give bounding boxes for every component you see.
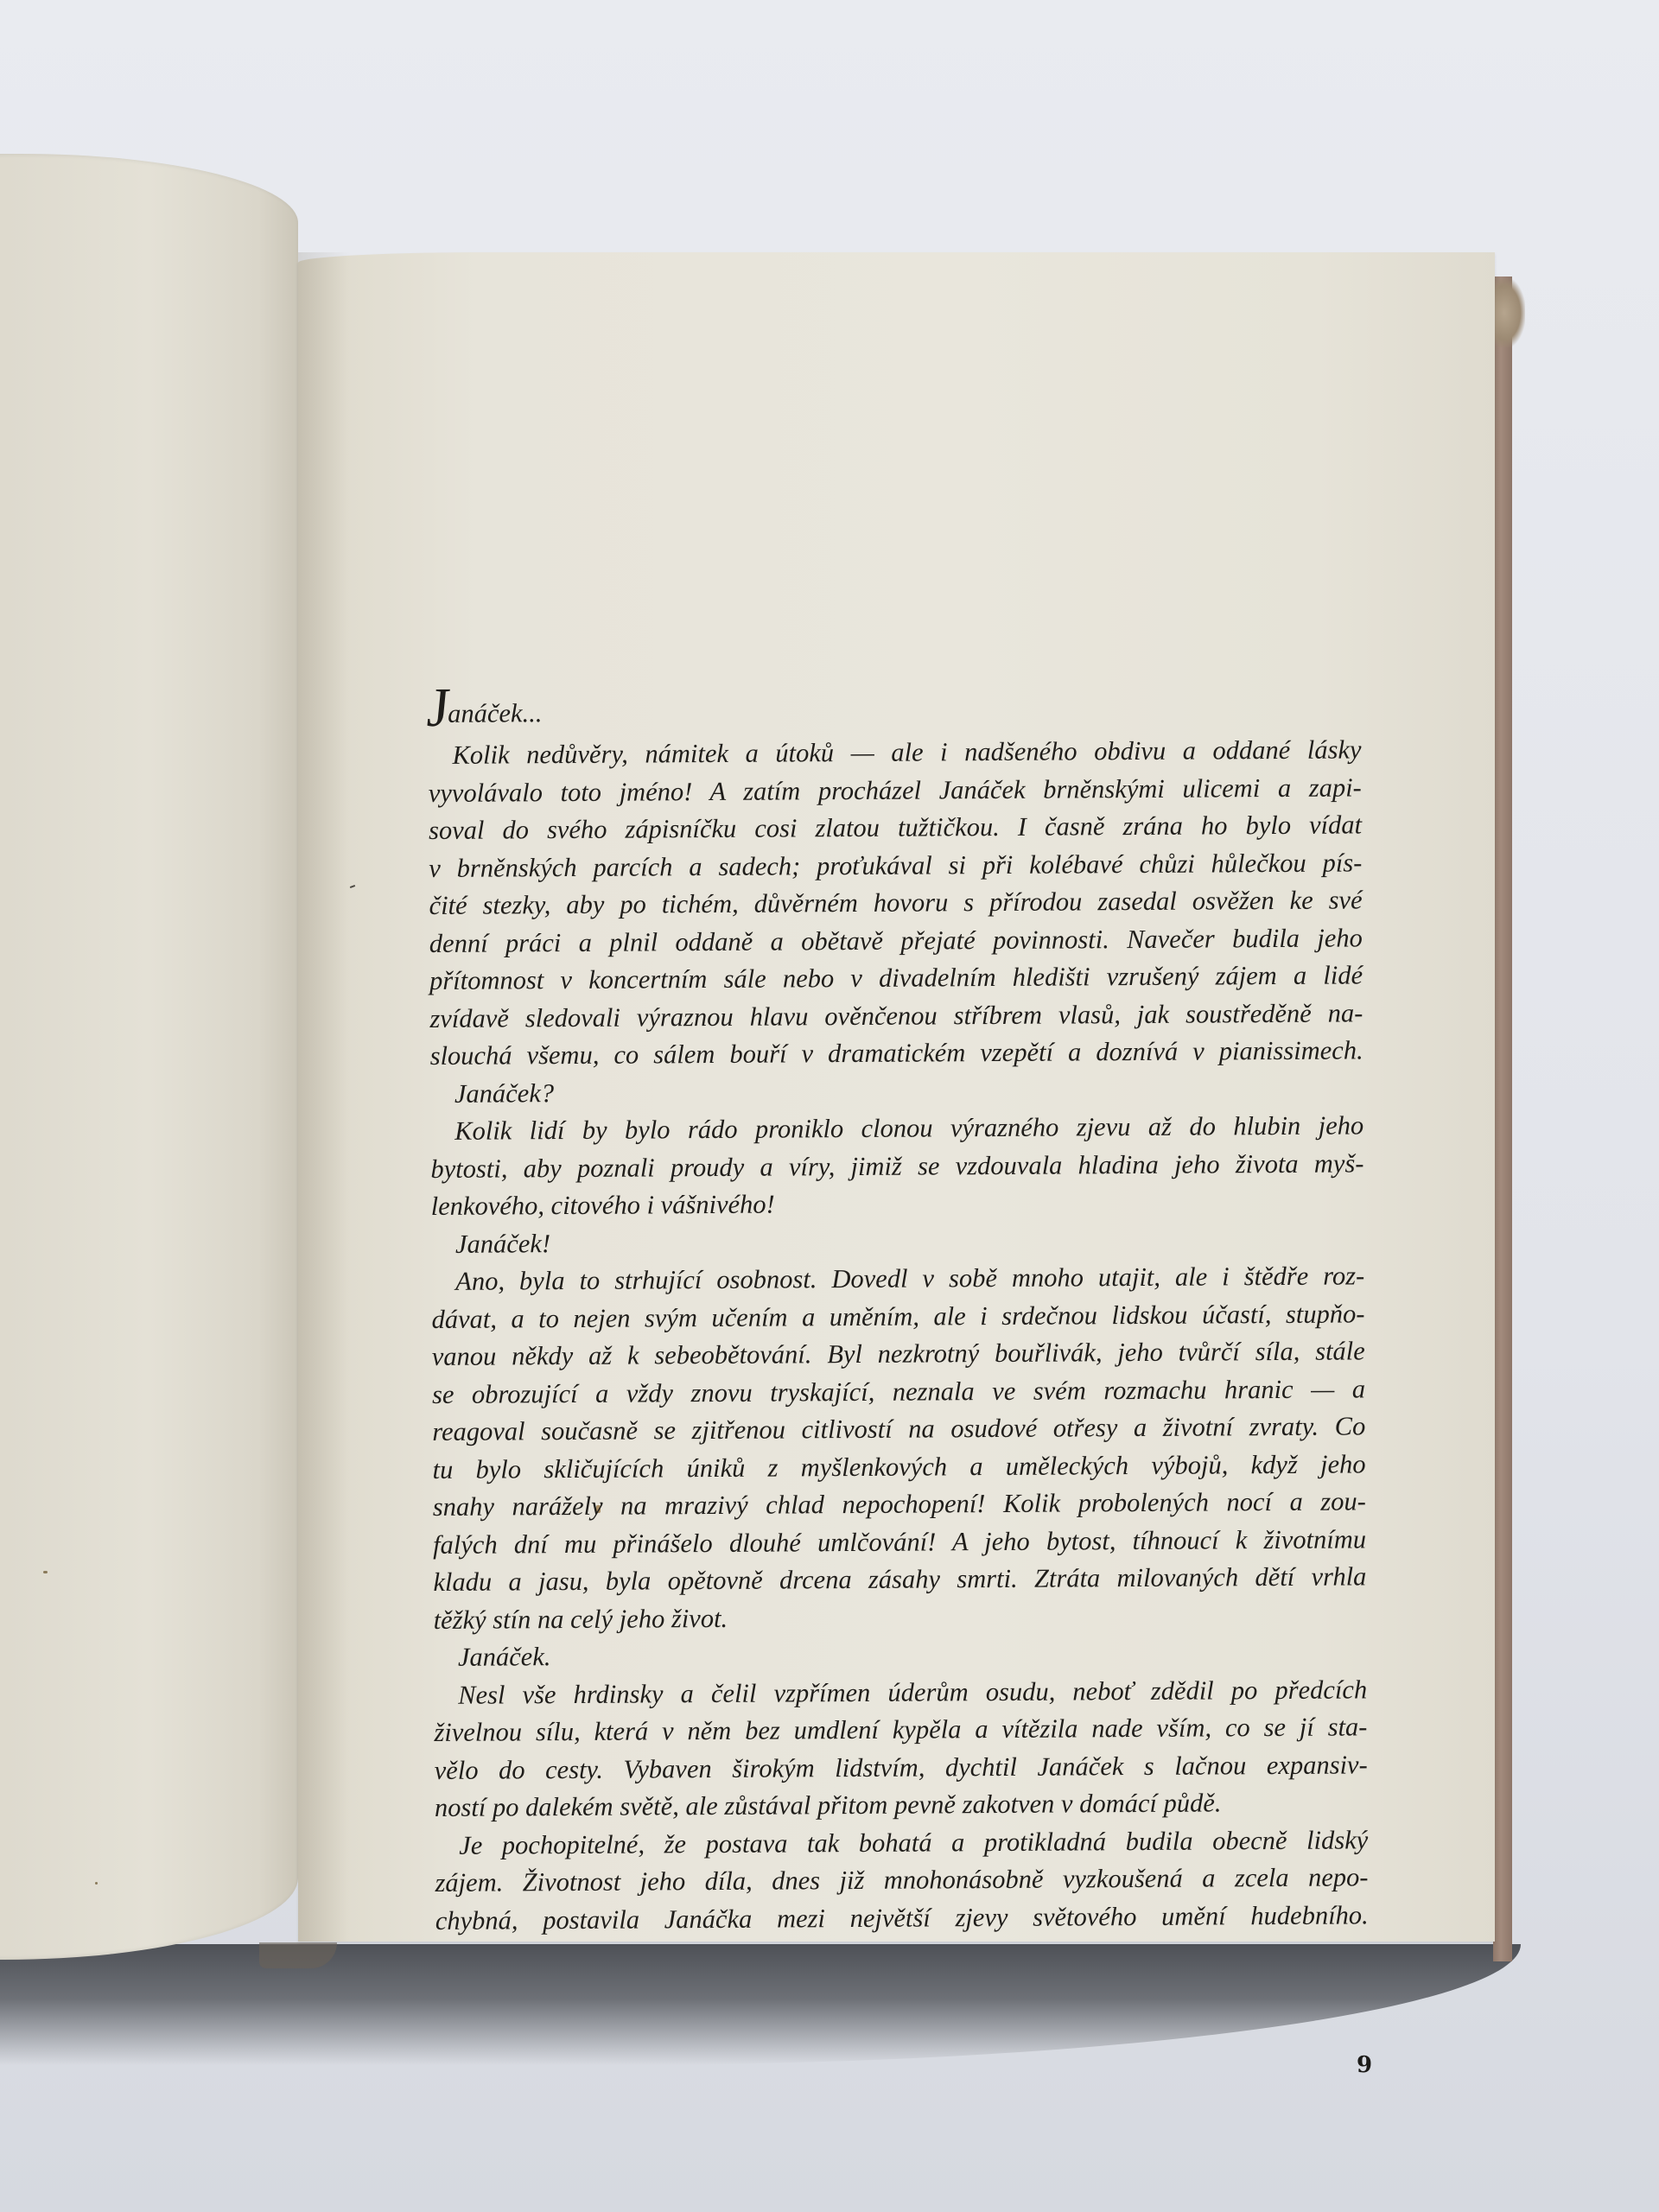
text-line: vělo do cesty. Vybaven širokým lidstvím,…	[435, 1746, 1368, 1789]
text-line: Kolik lidí by bylo rádo proniklo clonou …	[430, 1107, 1363, 1150]
book-shadow	[0, 1944, 1521, 2065]
text-line: denní práci a plnil oddaně a obětavě pře…	[429, 919, 1363, 963]
text-line: ností po dalekém světě, ale zůstával při…	[435, 1783, 1368, 1827]
text-line: Kolik nedůvěry, námitek a útoků — ale i …	[428, 731, 1361, 774]
paragraph-lines: Kolik nedůvěry, námitek a útoků — ale i …	[428, 731, 1368, 1940]
text-line: soval do svého zápisníčku cosi zlatou tu…	[429, 806, 1362, 849]
text-line: bytosti, aby poznali proudy a víry, jimi…	[430, 1145, 1363, 1188]
chapter-opening: Janáček...	[428, 674, 1361, 737]
text-line: Janáček?	[430, 1070, 1363, 1113]
text-line: falých dní mu přinášelo dlouhé umlčování…	[433, 1521, 1366, 1564]
text-line: dávat, a to nejen svým učením a uměním, …	[431, 1295, 1364, 1338]
right-page: Janáček... Kolik nedůvěry, námitek a úto…	[298, 252, 1495, 1942]
text-line: tu bylo skličujících úniků z myšlenkovýc…	[432, 1446, 1365, 1489]
text-line: slouchá všemu, co sálem bouří v dramatic…	[430, 1032, 1363, 1075]
drop-cap: J	[425, 680, 450, 735]
text-line: těžký stín na celý jeho život.	[434, 1596, 1367, 1639]
text-line: reagoval současně se zjitřenou citlivost…	[432, 1408, 1365, 1451]
text-line: Janáček.	[434, 1633, 1367, 1676]
text-line: se obrozující a vždy znovu tryskající, n…	[432, 1370, 1365, 1414]
margin-mark	[350, 885, 355, 888]
text-line: Janáček!	[431, 1220, 1364, 1263]
text-line: Nesl vše hrdinsky a čelil vzpřímen úderů…	[434, 1671, 1367, 1714]
text-line: chybná, postavila Janáčka mezi největší …	[435, 1897, 1369, 1940]
text-line: čité stezky, aby po tichém, důvěrném hov…	[429, 881, 1362, 925]
body-text: Janáček... Kolik nedůvěry, námitek a úto…	[428, 674, 1369, 1940]
text-line: vanou někdy až k sebeobětování. Byl nezk…	[432, 1332, 1365, 1376]
text-line: živelnou sílu, která v něm bez umdlení k…	[434, 1708, 1367, 1751]
text-line: kladu a jasu, byla opětovně drcena zásah…	[433, 1558, 1366, 1601]
paper-spot	[43, 1571, 48, 1573]
text-line: snahy narážely na mrazivý chlad nepochop…	[433, 1483, 1366, 1526]
text-line: lenkového, citového i vášnivého!	[431, 1182, 1364, 1225]
text-line: v brněnských parcích a sadech; proťukáva…	[429, 844, 1362, 887]
page-number: 9	[1357, 2052, 1372, 2078]
paper-spot	[95, 1882, 98, 1885]
text-line: Ano, byla to strhující osobnost. Dovedl …	[431, 1257, 1364, 1300]
text-line: zvídavě sledovali výraznou hlavu ověnčen…	[429, 995, 1363, 1038]
text-line: zájem. Životnost jeho díla, dnes již mno…	[435, 1859, 1368, 1902]
text-line: vyvolávalo toto jméno! A zatím procházel…	[429, 769, 1362, 812]
cover-fray	[1491, 278, 1525, 347]
left-page	[0, 154, 298, 1960]
text-line: přítomnost v koncertním sále nebo v diva…	[429, 957, 1363, 1000]
book-cover-edge	[1493, 276, 1512, 1961]
text-line: Je pochopitelné, že postava tak bohatá a…	[435, 1821, 1368, 1865]
opening-word: anáček...	[448, 698, 542, 728]
